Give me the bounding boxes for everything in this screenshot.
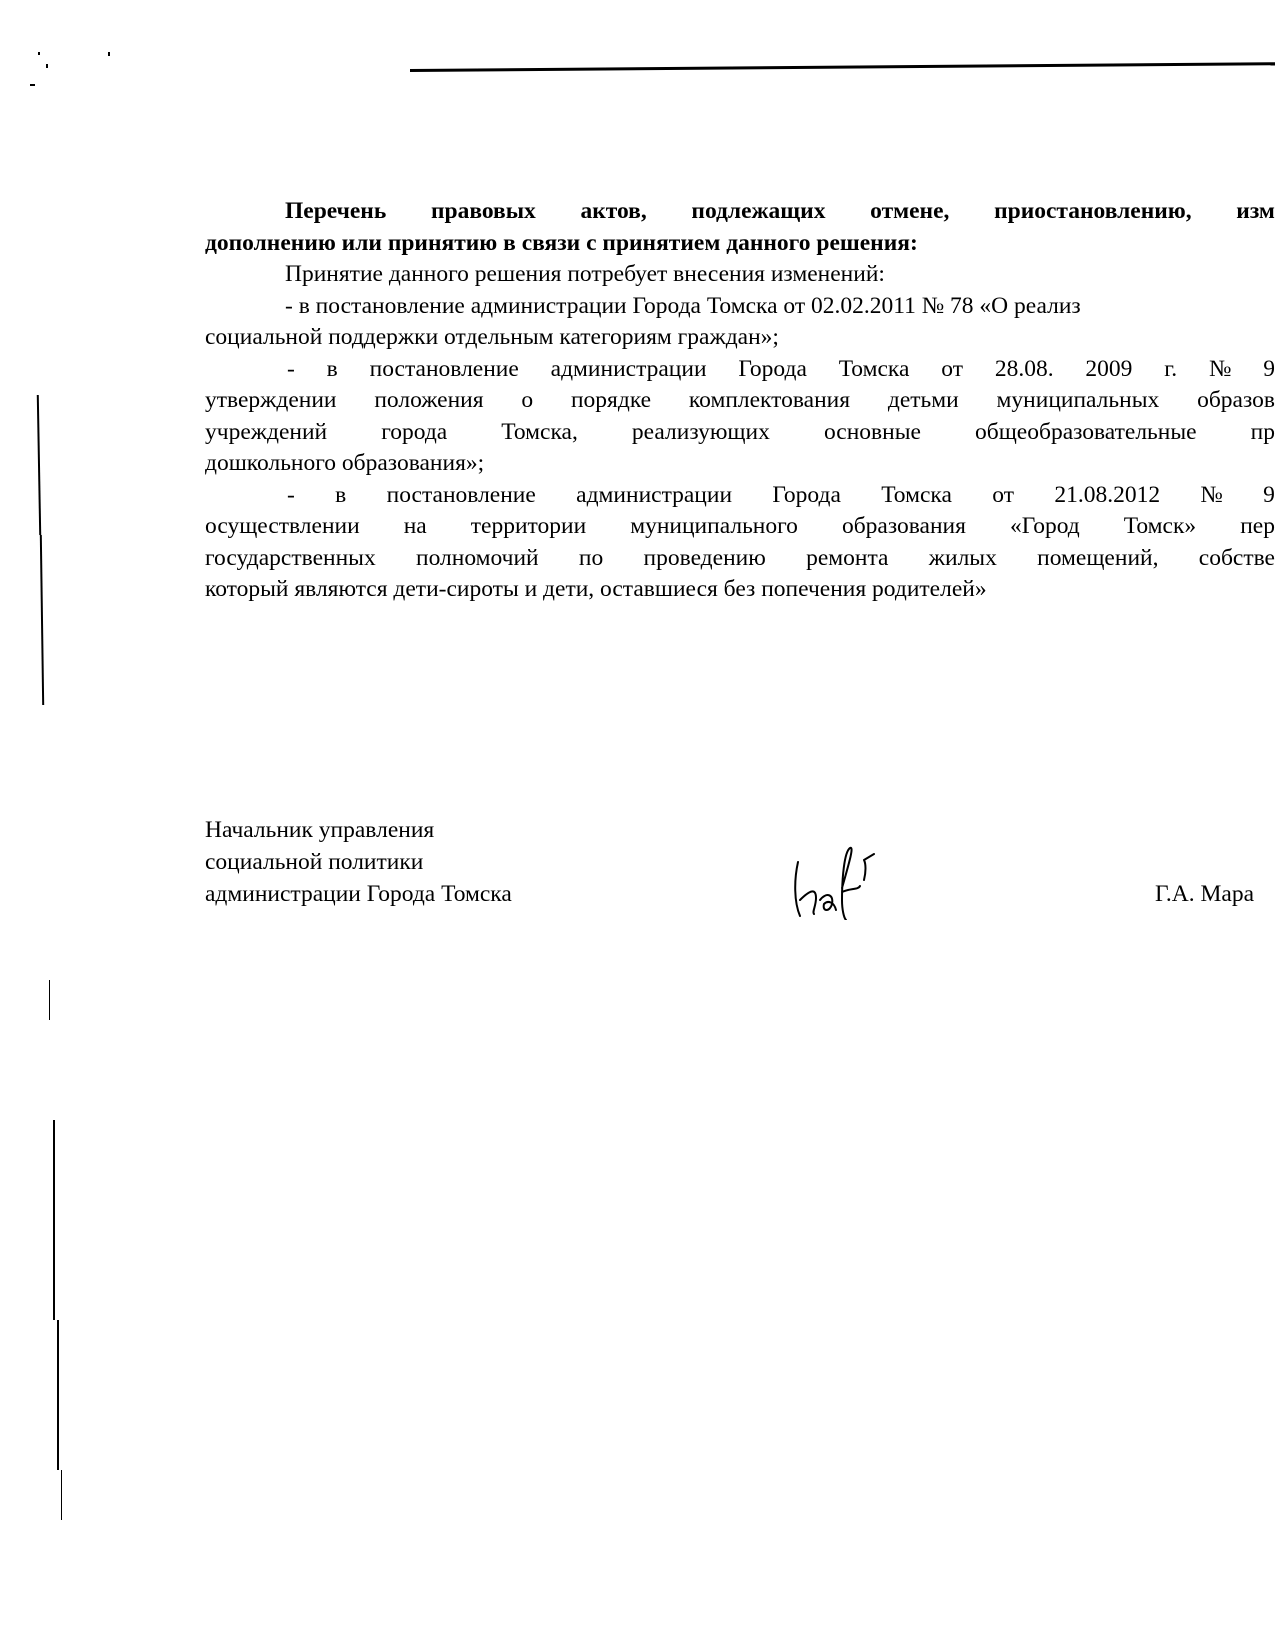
word: муниципальных (997, 385, 1160, 417)
scan-edge-line (53, 1120, 55, 1320)
word: Города (738, 354, 806, 386)
handwritten-signature (790, 840, 930, 920)
word: собстве (1199, 543, 1275, 575)
scan-speck (108, 52, 110, 56)
scan-edge-line (49, 980, 50, 1020)
word: Города (772, 480, 840, 512)
signature-title: Начальник управления социальной политики… (205, 814, 512, 910)
word: 28.08. (995, 354, 1054, 386)
word: общеобразовательные (975, 417, 1197, 449)
word: Томска (881, 480, 952, 512)
word: постановление (387, 480, 536, 512)
word: территории (471, 511, 586, 543)
word: № (1209, 354, 1231, 386)
word: администрации (551, 354, 707, 386)
item-3-line-3: государственных полномочий по проведению… (205, 543, 1275, 575)
signer-title-line-3: администрации Города Томска (205, 878, 512, 910)
word: помещений, (1037, 543, 1158, 575)
word: 21.08.2012 (1054, 480, 1160, 512)
word: муниципального (630, 511, 798, 543)
word: города (381, 417, 447, 449)
word: 9 (1263, 354, 1275, 386)
scan-speck (30, 84, 35, 86)
word: государственных (205, 543, 376, 575)
word: 9 (1263, 480, 1275, 512)
word: полномочий (416, 543, 539, 575)
word: № (1200, 480, 1222, 512)
word: г. (1164, 354, 1177, 386)
word: Томска (839, 354, 910, 386)
heading-word: отмене, (870, 196, 949, 228)
word: образования (842, 511, 966, 543)
word: 2009 (1085, 354, 1132, 386)
word: жилых (929, 543, 997, 575)
word: от (941, 354, 963, 386)
word: на (404, 511, 427, 543)
word: в (335, 480, 346, 512)
word: «Город (1010, 511, 1080, 543)
intro-text: Принятие данного решения потребует внесе… (205, 259, 1275, 291)
item-1-line-1: - в постановление администрации Города Т… (205, 291, 1275, 323)
signer-title-line-2: социальной политики (205, 846, 512, 878)
heading-word: Перечень (285, 196, 386, 228)
word: порядке (571, 385, 651, 417)
word: Томска, (501, 417, 578, 449)
item-3-line-4: который являются дети-сироты и дети, ост… (205, 574, 1275, 606)
word: по (579, 543, 603, 575)
item-2-line-1: - в постановление администрации Города Т… (205, 354, 1275, 386)
item-3-line-1: - в постановление администрации Города Т… (205, 480, 1275, 512)
item-2-line-4: дошкольного образования»; (205, 448, 1275, 480)
signer-title-line-1: Начальник управления (205, 814, 512, 846)
word: о (521, 385, 533, 417)
word: ремонта (806, 543, 888, 575)
heading-word: приостановлению, (994, 196, 1192, 228)
word: от (992, 480, 1014, 512)
scan-edge-line (40, 535, 44, 705)
word: Томск» (1124, 511, 1196, 543)
word: - (287, 480, 295, 512)
word: пр (1251, 417, 1275, 449)
item-3-line-2: осуществлении на территории муниципально… (205, 511, 1275, 543)
scan-speck (46, 64, 48, 68)
word: реализующих (632, 417, 770, 449)
word: проведению (644, 543, 766, 575)
word: основные (824, 417, 921, 449)
scan-speck (38, 52, 40, 55)
word: администрации (576, 480, 732, 512)
document-body: Перечень правовых актов, подлежащих отме… (205, 196, 1275, 606)
heading-line-1: Перечень правовых актов, подлежащих отме… (205, 196, 1275, 228)
word: постановление (370, 354, 519, 386)
word: положения (374, 385, 483, 417)
item-2-line-2: утверждении положения о порядке комплект… (205, 385, 1275, 417)
heading-word: правовых (431, 196, 536, 228)
word: осуществлении (205, 511, 360, 543)
heading-word: подлежащих (691, 196, 825, 228)
item-1-line-2: социальной поддержки отдельным категория… (205, 322, 1275, 354)
word: учреждений (205, 417, 327, 449)
scan-edge-line (37, 395, 41, 535)
item-2-line-3: учреждений города Томска, реализующих ос… (205, 417, 1275, 449)
heading-word: актов, (580, 196, 646, 228)
scan-edge-line (57, 1320, 59, 1470)
word: утверждении (205, 385, 337, 417)
heading-line-2: дополнению или принятию в связи с принят… (205, 228, 1275, 260)
word: комплектования (689, 385, 850, 417)
word: пер (1240, 511, 1275, 543)
heading-word: изм (1236, 196, 1275, 228)
word: образов (1197, 385, 1275, 417)
scan-edge-line (61, 1470, 62, 1520)
word: детьми (888, 385, 959, 417)
word: в (327, 354, 338, 386)
word: - (287, 354, 295, 386)
signer-name: Г.А. Мара (1155, 878, 1254, 910)
header-rule (410, 62, 1275, 72)
